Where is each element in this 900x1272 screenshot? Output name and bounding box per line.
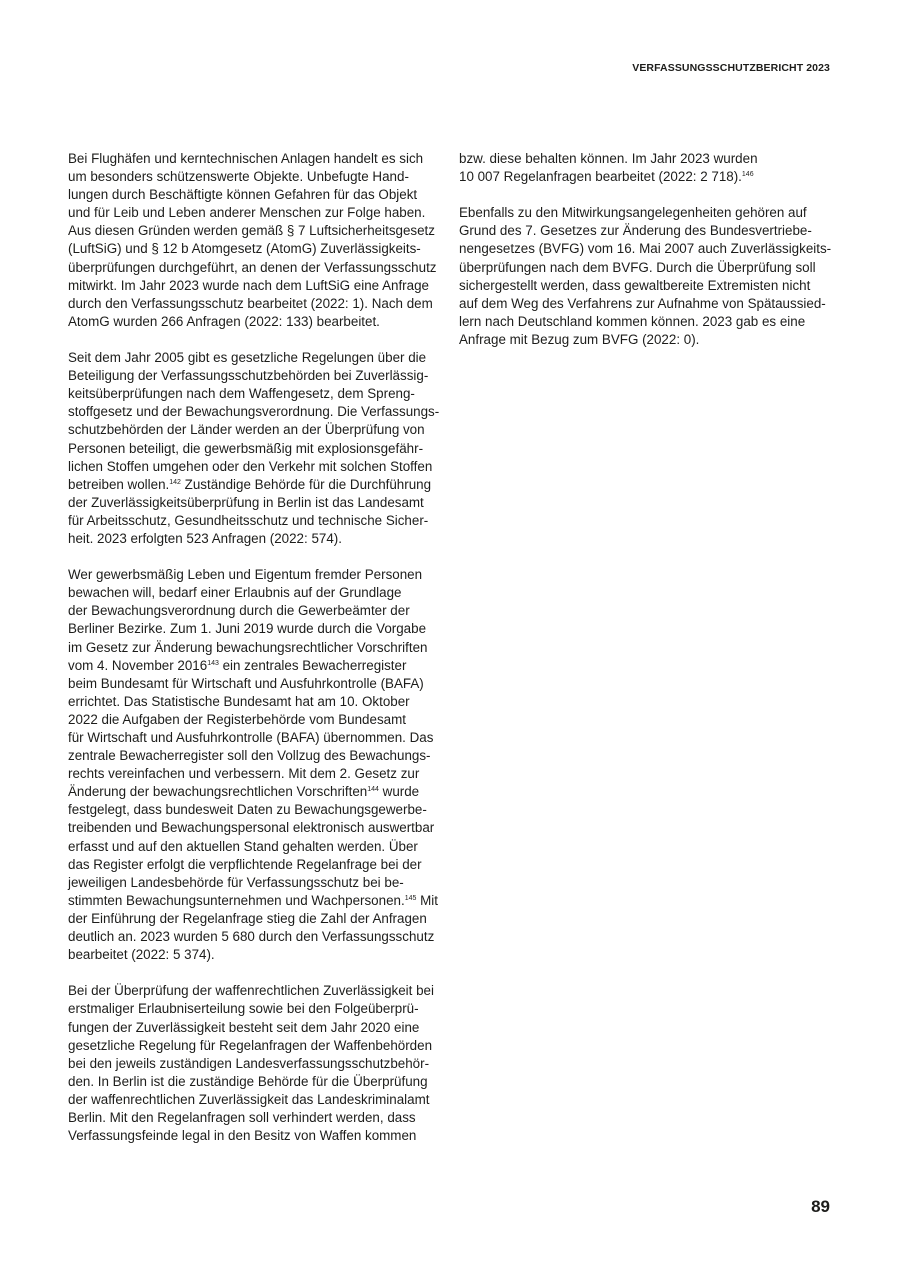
text-line: bearbeitet (2022: 5 374).: [68, 946, 448, 964]
text-line: den. In Berlin ist die zuständige Behörd…: [68, 1073, 448, 1091]
text-line: der waffenrechtlichen Zuverlässigkeit da…: [68, 1091, 448, 1109]
page-number: 89: [811, 1197, 830, 1217]
text-line: fungen der Zuverlässigkeit besteht seit …: [68, 1019, 448, 1037]
paragraph-weapons-explosives: Seit dem Jahr 2005 gibt es gesetzliche R…: [68, 349, 448, 548]
text-line: Seit dem Jahr 2005 gibt es gesetzliche R…: [68, 349, 448, 367]
text-line: keitsüberprüfungen nach dem Waffengesetz…: [68, 385, 448, 403]
text-segment: Mit: [416, 893, 438, 908]
text-line: jeweiligen Landesbehörde für Verfassungs…: [68, 874, 448, 892]
text-line: lungen durch Beschäftigte können Gefahre…: [68, 186, 448, 204]
text-segment: Zuständige Behörde für die Durchführung: [181, 477, 431, 492]
text-line: sichergestellt werden, dass gewaltbereit…: [459, 277, 839, 295]
text-line: rechts vereinfachen und verbessern. Mit …: [68, 765, 448, 783]
text-line: betreiben wollen.142 Zuständige Behörde …: [68, 476, 448, 494]
text-line: zentrale Bewacherregister soll den Vollz…: [68, 747, 448, 765]
text-line: durch den Verfassungsschutz bearbeitet (…: [68, 295, 448, 313]
text-segment: stimmten Bewachungsunternehmen und Wachp…: [68, 893, 405, 908]
text-line: Änderung der bewachungsrechtlichen Vorsc…: [68, 783, 448, 801]
footnote-ref-143[interactable]: 143: [207, 660, 219, 667]
text-line: Grund des 7. Gesetzes zur Änderung des B…: [459, 222, 839, 240]
text-line: AtomG wurden 266 Anfragen (2022: 133) be…: [68, 313, 448, 331]
text-line: Berliner Bezirke. Zum 1. Juni 2019 wurde…: [68, 620, 448, 638]
text-line: Ebenfalls zu den Mitwirkungsangelegenhei…: [459, 204, 839, 222]
text-line: das Register erfolgt die verpflichtende …: [68, 856, 448, 874]
text-line: lern nach Deutschland kommen können. 202…: [459, 313, 839, 331]
text-line: (LuftSiG) und § 12 b Atomgesetz (AtomG) …: [68, 240, 448, 258]
paragraph-bvfg: Ebenfalls zu den Mitwirkungsangelegenhei…: [459, 204, 839, 349]
text-line: und für Leib und Leben anderer Menschen …: [68, 204, 448, 222]
text-segment: betreiben wollen.: [68, 477, 169, 492]
paragraph-firearms-reliability: Bei der Überprüfung der waffenrechtliche…: [68, 982, 448, 1145]
paragraph-airport-nuclear: Bei Flughäfen und kerntechnischen Anlage…: [68, 150, 448, 331]
text-line: Beteiligung der Verfassungsschutzbehörde…: [68, 367, 448, 385]
text-line: Berlin. Mit den Regelanfragen soll verhi…: [68, 1109, 448, 1127]
running-header: VERFASSUNGSSCHUTZBERICHT 2023: [632, 62, 830, 74]
left-column: Bei Flughäfen und kerntechnischen Anlage…: [68, 150, 448, 1163]
text-line: mitwirkt. Im Jahr 2023 wurde nach dem Lu…: [68, 277, 448, 295]
footnote-ref-146[interactable]: 146: [742, 171, 754, 178]
text-line: 10 007 Regelanfragen bearbeitet (2022: 2…: [459, 168, 839, 186]
text-line: der Bewachungsverordnung durch die Gewer…: [68, 602, 448, 620]
text-line: treibenden und Bewachungspersonal elektr…: [68, 819, 448, 837]
text-line: stimmten Bewachungsunternehmen und Wachp…: [68, 892, 448, 910]
text-segment: Änderung der bewachungsrechtlichen Vorsc…: [68, 784, 367, 799]
text-line: um besonders schützenswerte Objekte. Unb…: [68, 168, 448, 186]
text-line: bewachen will, bedarf einer Erlaubnis au…: [68, 584, 448, 602]
footnote-ref-142[interactable]: 142: [169, 479, 181, 486]
text-line: schutzbehörden der Länder werden an der …: [68, 421, 448, 439]
text-line: erstmaliger Erlaubniserteilung sowie bei…: [68, 1000, 448, 1018]
footnote-ref-145[interactable]: 145: [405, 895, 417, 902]
paragraph-security-guards: Wer gewerbsmäßig Leben und Eigentum frem…: [68, 566, 448, 964]
text-line: 2022 die Aufgaben der Registerbehörde vo…: [68, 711, 448, 729]
text-line: Anfrage mit Bezug zum BVFG (2022: 0).: [459, 331, 839, 349]
text-line: Wer gewerbsmäßig Leben und Eigentum frem…: [68, 566, 448, 584]
text-line: Aus diesen Gründen werden gemäß § 7 Luft…: [68, 222, 448, 240]
text-line: bzw. diese behalten können. Im Jahr 2023…: [459, 150, 839, 168]
text-line: beim Bundesamt für Wirtschaft und Ausfuh…: [68, 675, 448, 693]
text-segment: vom 4. November 2016: [68, 658, 207, 673]
text-line: vom 4. November 2016143 ein zentrales Be…: [68, 657, 448, 675]
text-line: lichen Stoffen umgehen oder den Verkehr …: [68, 458, 448, 476]
text-line: Bei Flughäfen und kerntechnischen Anlage…: [68, 150, 448, 168]
text-line: errichtet. Das Statistische Bundesamt ha…: [68, 693, 448, 711]
text-line: gesetzliche Regelung für Regelanfragen d…: [68, 1037, 448, 1055]
text-line: heit. 2023 erfolgten 523 Anfragen (2022:…: [68, 530, 448, 548]
text-line: Bei der Überprüfung der waffenrechtliche…: [68, 982, 448, 1000]
text-line: stoffgesetz und der Bewachungsverordnung…: [68, 403, 448, 421]
text-line: für Arbeitsschutz, Gesundheitsschutz und…: [68, 512, 448, 530]
text-line: Personen beteiligt, die gewerbsmäßig mit…: [68, 440, 448, 458]
text-line: erfasst und auf den aktuellen Stand geha…: [68, 838, 448, 856]
text-line: Verfassungsfeinde legal in den Besitz vo…: [68, 1127, 448, 1145]
text-line: festgelegt, dass bundesweit Daten zu Bew…: [68, 801, 448, 819]
text-line: der Einführung der Regelanfrage stieg di…: [68, 910, 448, 928]
text-line: auf dem Weg des Verfahrens zur Aufnahme …: [459, 295, 839, 313]
text-line: nengesetzes (BVFG) vom 16. Mai 2007 auch…: [459, 240, 839, 258]
text-line: im Gesetz zur Änderung bewachungsrechtli…: [68, 639, 448, 657]
text-segment: 10 007 Regelanfragen bearbeitet (2022: 2…: [459, 169, 742, 184]
footnote-ref-144[interactable]: 144: [367, 786, 379, 793]
text-line: deutlich an. 2023 wurden 5 680 durch den…: [68, 928, 448, 946]
paragraph-firearms-continued: bzw. diese behalten können. Im Jahr 2023…: [459, 150, 839, 186]
text-line: für Wirtschaft und Ausfuhrkontrolle (BAF…: [68, 729, 448, 747]
text-line: bei den jeweils zuständigen Landesverfas…: [68, 1055, 448, 1073]
text-segment: wurde: [379, 784, 419, 799]
text-line: der Zuverlässigkeitsüberprüfung in Berli…: [68, 494, 448, 512]
text-segment: ein zentrales Bewacherregister: [219, 658, 407, 673]
right-column: bzw. diese behalten können. Im Jahr 2023…: [459, 150, 839, 367]
text-line: überprüfungen nach dem BVFG. Durch die Ü…: [459, 259, 839, 277]
text-line: überprüfungen durchgeführt, an denen der…: [68, 259, 448, 277]
